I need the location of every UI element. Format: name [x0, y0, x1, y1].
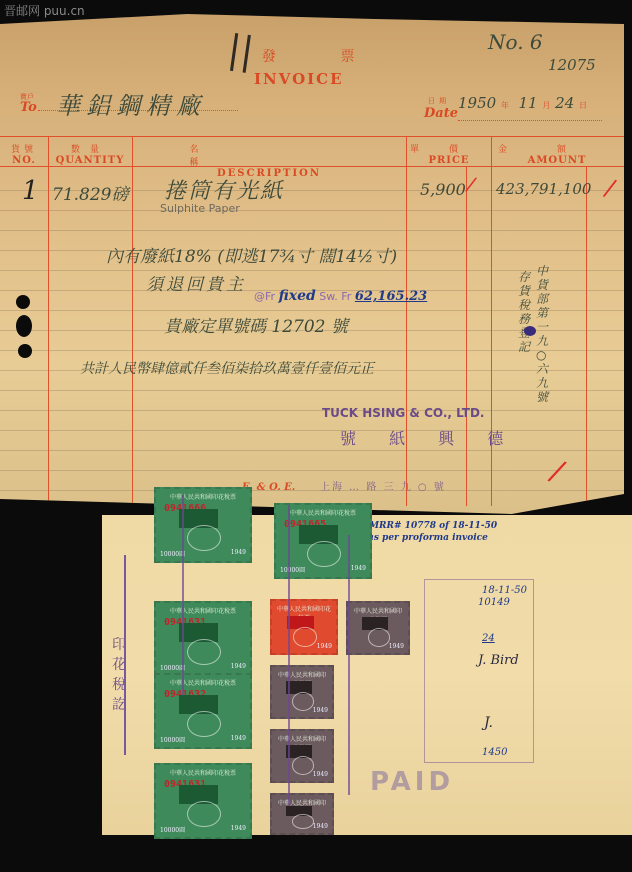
stamp-title: 中華人民共和國印花稅票 — [276, 604, 332, 613]
col-price-en: PRICE — [408, 155, 490, 166]
stamp-footer: 1949 — [276, 823, 328, 830]
total-in-words: 共計人民幣肆億貳仟叁佰柒拾玖萬壹仟壹佰元正 — [80, 358, 374, 378]
binder-hole — [16, 295, 30, 309]
globe-icon — [187, 711, 221, 737]
col-amount-header: 金額 AMOUNT — [493, 142, 621, 166]
col-quantity-en: QUANTITY — [50, 155, 130, 166]
date-year-char: 年 — [501, 101, 509, 110]
company-address: 上海 … 路 三 九 ○ 號 — [320, 478, 446, 493]
item-description-cn: 捲筒有光紙 — [164, 174, 284, 205]
ink-blot — [524, 326, 536, 336]
col-amount-en: AMOUNT — [493, 155, 621, 166]
stamp-footer: 1949 — [276, 707, 328, 714]
stamp-attachment-sheet: 印花稅訖 See MRR# 10778 of 18-11-50 as per p… — [102, 515, 632, 835]
ledger-ref: 10149 — [478, 597, 510, 608]
globe-icon — [187, 639, 221, 665]
col-description-cn: 名 稱 — [134, 142, 404, 168]
side-note-1: 中貨部第一九○六九號 — [536, 264, 550, 404]
purple-cancel-line — [124, 555, 126, 755]
item-no: 1 — [22, 176, 39, 206]
stamp-footer: 10000圓1949 — [160, 735, 246, 744]
col-no-cn: 貨號 — [2, 142, 46, 155]
date-day-char: 日 — [579, 101, 587, 110]
stamp-footer: 10000圓1949 — [280, 565, 366, 574]
ledger-signature: J. Bird — [478, 653, 519, 668]
cancel-line — [348, 535, 350, 795]
company-name-en: TUCK HSING & CO., LTD. — [322, 406, 484, 420]
stamp-footer: 1949 — [276, 643, 332, 650]
stamp-title: 中華人民共和國印花稅票 — [160, 678, 246, 687]
to-label-en: To — [20, 100, 37, 115]
exchange-prefix: @Fr — [254, 290, 275, 303]
stamp-footer: 10000圓1949 — [160, 663, 246, 672]
tax-stamp-green: 中華人民共和國印花稅票094166610000圓1949 — [154, 487, 252, 563]
col-quantity-cn: 數量 — [50, 142, 130, 155]
col-price-cn: 單價 — [408, 142, 490, 155]
paid-stamp: PAID — [370, 767, 454, 797]
reference-number: 12075 — [548, 56, 596, 74]
invoice-title-en: INVOICE — [254, 70, 344, 88]
cancel-line — [288, 505, 290, 805]
stamp-title: 中華人民共和國印花稅票 — [160, 606, 246, 615]
watermark: 晋邮网 puu.cn — [4, 2, 85, 19]
exchange-handwritten: fixed — [279, 288, 316, 304]
note-line-3: 貴廠定單號碼 12702 號 — [164, 312, 348, 337]
invoice-title-cn: 發 票 — [262, 46, 384, 66]
tax-stamp-red: 中華人民共和國印花稅票1949 — [270, 599, 338, 655]
ledger-initial: J. — [484, 715, 493, 731]
invoice-number: No. 6 — [488, 30, 543, 54]
stamp-footer: 1949 — [352, 643, 404, 650]
tax-stamp-green: 中華人民共和國印花稅票094163110000圓1949 — [154, 601, 252, 677]
tax-stamp-green: 中華人民共和國印花稅票094163210000圓1949 — [154, 673, 252, 749]
exchange-stamp: @Fr fixed Sw. Fr 62,165.23 — [254, 288, 427, 304]
col-quantity-header: 數量 QUANTITY — [50, 142, 130, 166]
side-note-2: 存貨稅務登記 — [518, 270, 532, 354]
invoice-sheet: 發 票 INVOICE || No. 6 12075 寶戶 To 華鋁鋼精廠 日… — [0, 14, 624, 514]
stamp-footer: 1949 — [276, 771, 328, 778]
date-dotted-line — [458, 120, 602, 121]
globe-icon — [307, 541, 341, 567]
handwritten-mark: || — [225, 26, 256, 73]
tax-stamp-green: 中華人民共和國印花稅票094163110000圓1949 — [154, 763, 252, 839]
binder-hole — [16, 315, 32, 337]
ledger-mark: 24 — [482, 633, 495, 644]
red-signature-mark: / — [545, 454, 569, 490]
tax-stamp-brown: 中華人民共和國印花稅票1949 — [270, 665, 334, 719]
table-top-rule — [0, 136, 624, 137]
mrr-note-line-2: as per proforma invoice — [368, 533, 488, 543]
date-day: 24 — [555, 94, 574, 112]
exchange-currency: Sw. Fr — [319, 290, 351, 303]
item-description-en: Sulphite Paper — [160, 202, 240, 215]
customer-name: 華鋁鋼精廠 — [56, 86, 206, 121]
company-name-cn: 號 紙 興 德 — [340, 426, 517, 449]
date-label-en: Date — [424, 106, 458, 121]
item-quantity: 71.829磅 — [52, 180, 128, 205]
globe-icon — [187, 525, 221, 551]
note-line-2: 須退回貴主 — [146, 270, 246, 295]
date-month: 11 — [519, 94, 538, 112]
stamp-footer: 10000圓1949 — [160, 549, 246, 558]
stamp-title: 中華人民共和國印花稅票 — [276, 734, 328, 743]
col-price-header: 單價 PRICE — [408, 142, 490, 166]
col-no-en: NO. — [2, 155, 46, 166]
tax-stamp-brown: 中華人民共和國印花稅票1949 — [346, 601, 410, 655]
item-price: 5,900 — [420, 180, 466, 199]
binder-hole — [18, 344, 32, 358]
cancel-line — [182, 495, 184, 695]
col-amount-cn: 金額 — [493, 142, 621, 155]
tax-stamp-brown: 中華人民共和國印花稅票1949 — [270, 729, 334, 783]
stamp-title: 中華人民共和國印花稅票 — [276, 670, 328, 679]
date-value: 1950 年 11 月 24 日 — [458, 94, 587, 112]
globe-icon — [187, 801, 221, 827]
date-label-cn: 日期 — [428, 96, 450, 106]
stamp-title: 中華人民共和國印花稅票 — [160, 768, 246, 777]
stamp-title: 中華人民共和國印花稅票 — [160, 492, 246, 501]
col-no-header: 貨號 NO. — [2, 142, 46, 166]
date-month-char: 月 — [542, 101, 550, 110]
stamp-footer: 10000圓1949 — [160, 825, 246, 834]
item-amount: 423,791,100 — [496, 180, 591, 198]
stamp-title: 中華人民共和國印花稅票 — [280, 508, 366, 517]
amount-check-mark: / — [601, 173, 618, 202]
date-year: 1950 — [458, 94, 496, 112]
tax-stamp-brown: 中華人民共和國印花稅票1949 — [270, 793, 334, 835]
ledger-total: 1450 — [482, 747, 507, 758]
ledger-date: 18-11-50 — [482, 585, 527, 596]
stamp-title: 中華人民共和國印花稅票 — [352, 606, 404, 615]
exchange-value: 62,165.23 — [355, 289, 427, 304]
note-line-1: 內有廢紙18% (即逃17¾寸 闊14½寸) — [106, 242, 397, 267]
